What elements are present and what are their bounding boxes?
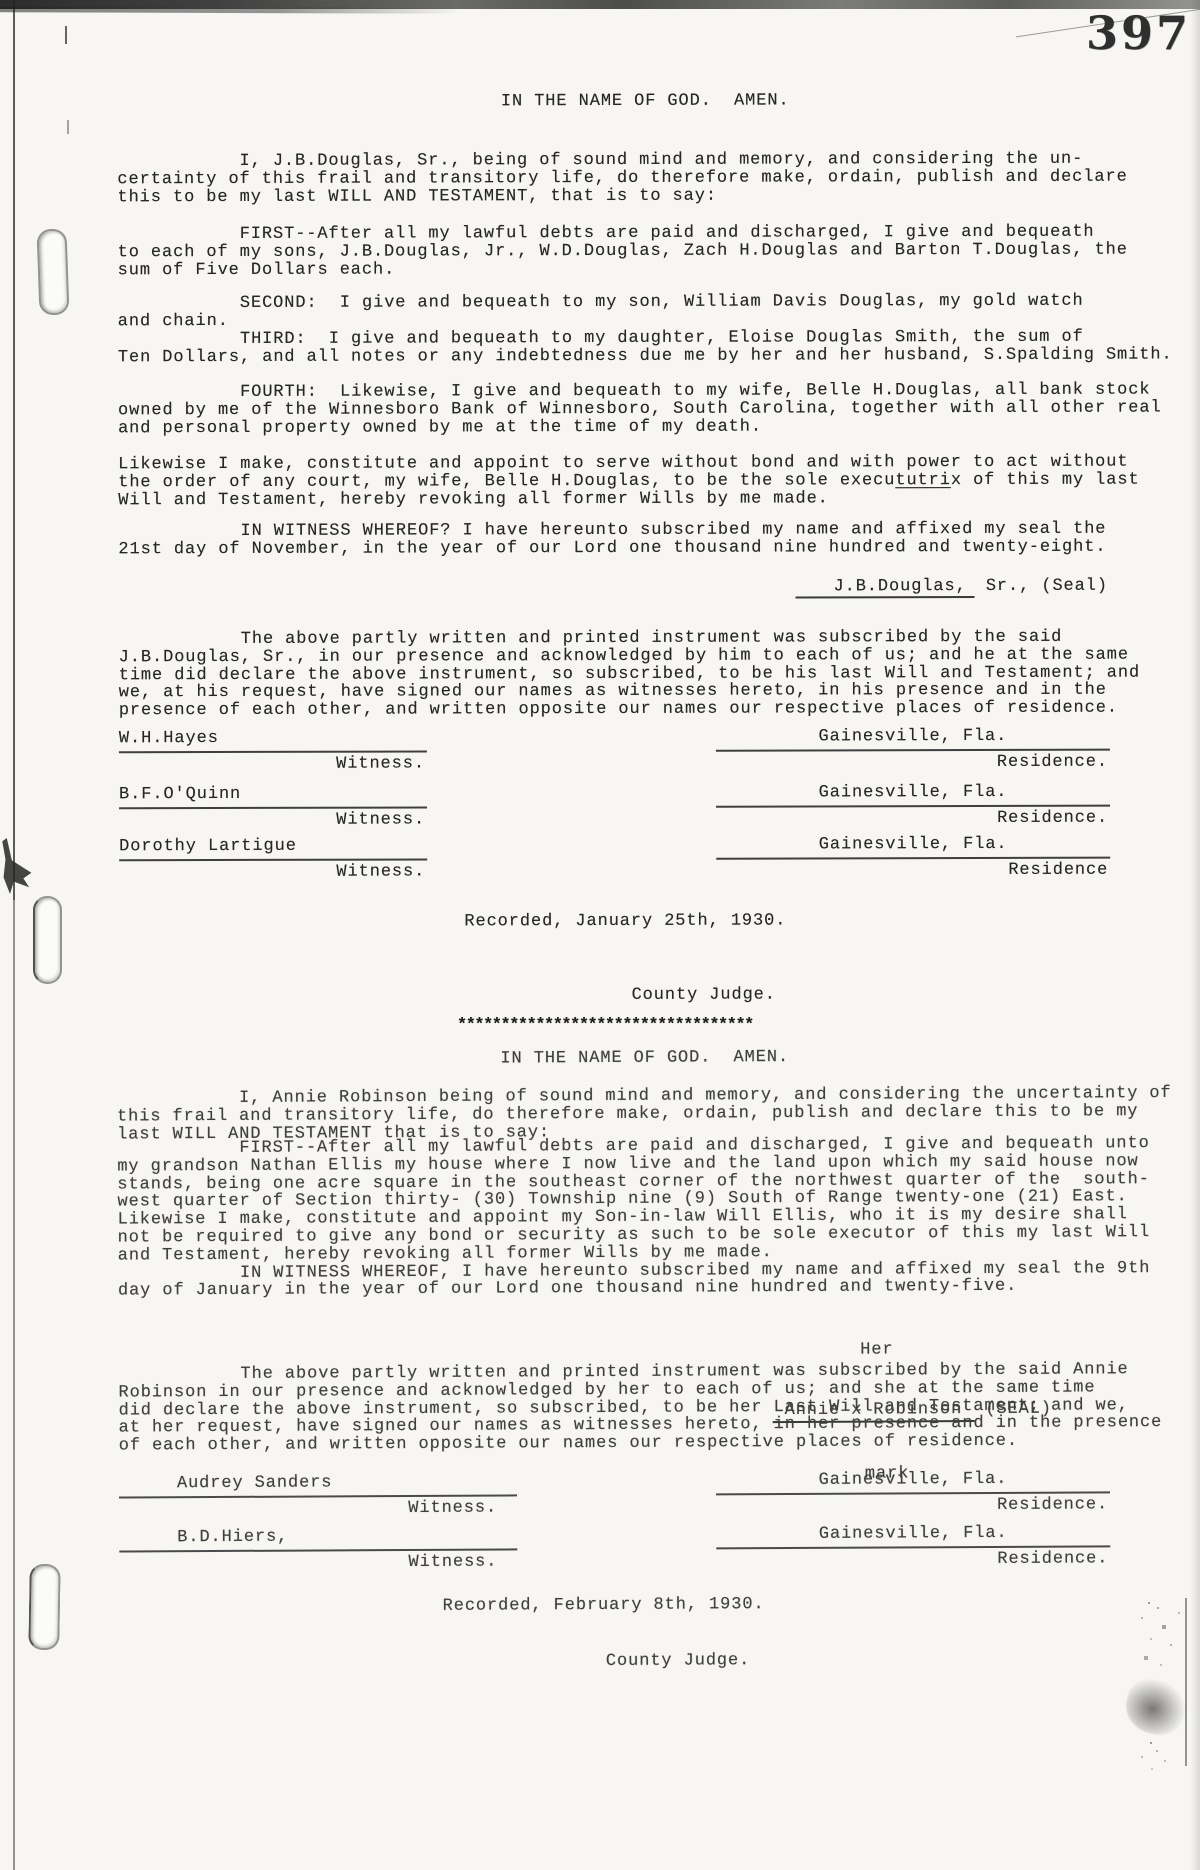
witness-signature: Audrey Sanders (119, 1472, 517, 1498)
will-annie-robinson: IN THE NAME OF GOD. AMEN. I, Annie Robin… (0, 0, 1200, 1870)
will2-recorded-date: Recorded, February 8th, 1930. (443, 1595, 765, 1616)
will2-body-paragraph: FIRST--After all my lawful debts are pai… (117, 1135, 1174, 1301)
will2-heading: IN THE NAME OF GOD. AMEN. (117, 1047, 1173, 1070)
will2-county-judge: County Judge. (606, 1651, 750, 1671)
witness-row: B.D.Hiers, Witness. Gainesville, Fla. Re… (119, 1523, 1175, 1574)
residence-label: Residence. (716, 1495, 1110, 1516)
residence-label: Residence. (716, 1549, 1110, 1570)
witness-label: Witness. (119, 1498, 517, 1519)
residence-value: Gainesville, Fla. (716, 1469, 1110, 1495)
scanned-will-record-page: 397 IN THE NAME OF GOD. AMEN. I, J.B.Dou… (0, 0, 1200, 1870)
witness-signature: B.D.Hiers, (119, 1526, 517, 1552)
signature-her-label: Her (772, 1340, 1051, 1361)
will2-attestation-paragraph: The above partly written and printed ins… (118, 1361, 1174, 1456)
residence-value: Gainesville, Fla. (716, 1523, 1110, 1549)
witness-row: Audrey Sanders Witness. Gainesville, Fla… (119, 1469, 1175, 1520)
witness-label: Witness. (119, 1552, 517, 1573)
